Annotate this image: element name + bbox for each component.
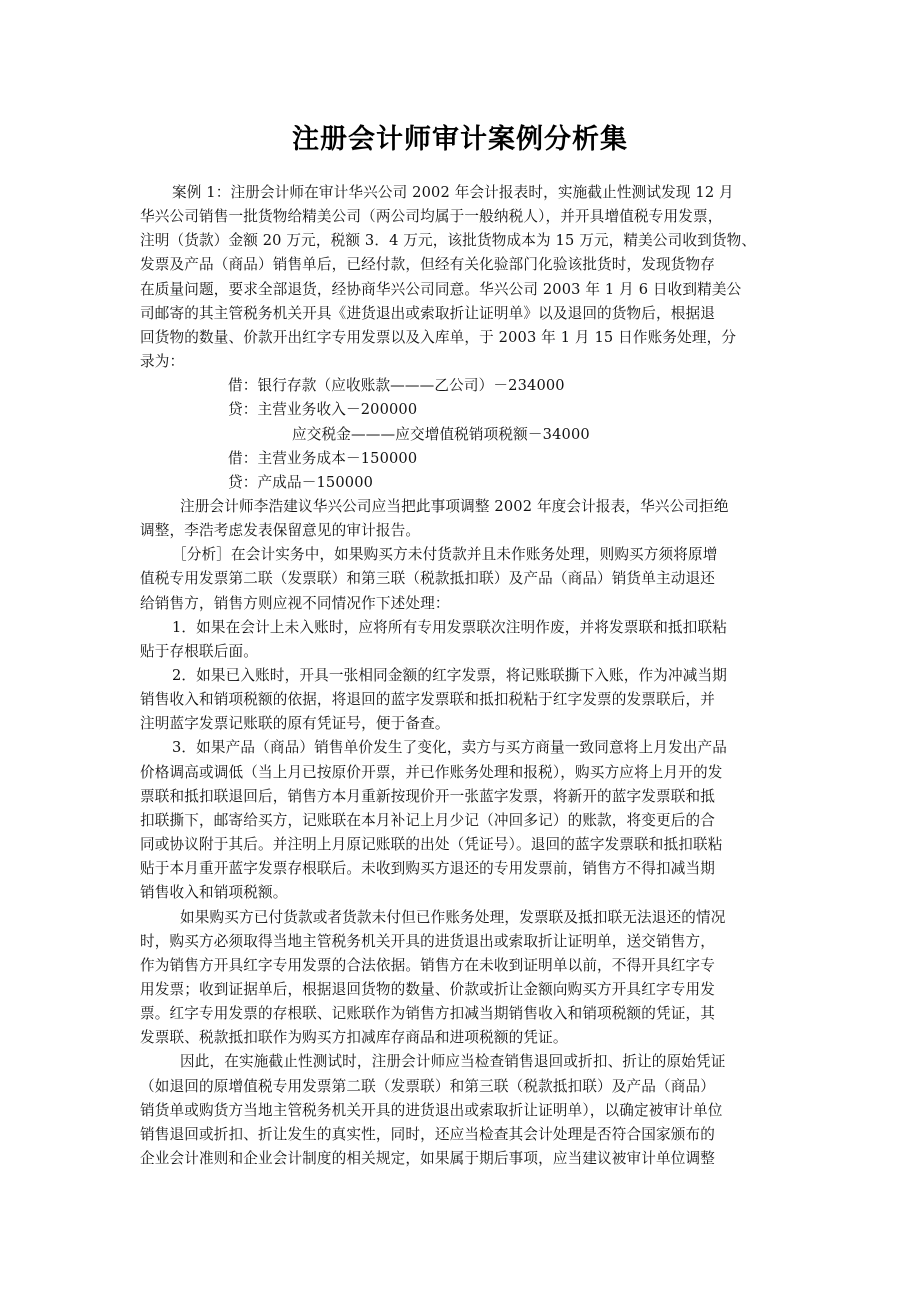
text-line: 贴于存根联后面。 [140, 640, 780, 664]
text-line: 销货单或购货方当地主管税务机关开具的进货退出或索取折让证明单），以确定被审计单位 [140, 1099, 780, 1123]
text-line: 销售退回或折扣、折让发生的真实性，同时，还应当检查其会计处理是否符合国家颁布的 [140, 1123, 780, 1147]
text-line: 票联和抵扣联退回后，销售方本月重新按现价开一张蓝字发票，将新开的蓝字发票联和抵 [140, 785, 780, 809]
text-line: 销售收入和销项税额的依据，将退回的蓝字发票联和抵扣税粘于红字发票的发票联后，并 [140, 688, 780, 712]
text-line: 3．如果产品（商品）销售单价发生了变化，卖方与买方商量一致同意将上月发出产品 [172, 736, 812, 760]
text-line: 借：主营业务成本－150000 [228, 447, 868, 471]
text-line: 贷：主营业务收入－200000 [228, 398, 868, 422]
text-line: 应交税金———应交增值税销项税额－34000 [292, 423, 920, 447]
text-line: 华兴公司销售一批货物给精美公司（两公司均属于一般纳税人），并开具增值税专用发票， [140, 205, 780, 229]
text-line: 因此，在实施截止性测试时，注册会计师应当检查销售退回或折扣、折让的原始凭证 [180, 1050, 820, 1074]
text-line: 如果购买方已付货款或者货款未付但已作账务处理，发票联及抵扣联无法退还的情况 [180, 906, 820, 930]
text-line: ［分析］在会计实务中，如果购买方未付货款并且未作账务处理，则购买方须将原增 [172, 543, 812, 567]
text-line: 1．如果在会计上未入账时，应将所有专用发票联次注明作废，并将发票联和抵扣联粘 [172, 616, 812, 640]
text-line: 企业会计准则和企业会计制度的相关规定，如果属于期后事项，应当建议被审计单位调整 [140, 1147, 780, 1171]
text-line: 扣联撕下，邮寄给买方，记账联在本月补记上月少记（冲回多记）的账款，将变更后的合 [140, 809, 780, 833]
text-line: 司邮寄的其主管税务机关开具《进货退出或索取折让证明单》以及退回的货物后，根据退 [140, 302, 780, 326]
text-line: 借：银行存款（应收账款———乙公司）－234000 [228, 374, 868, 398]
text-line: 在质量问题，要求全部退货，经协商华兴公司同意。华兴公司 2003 年 1 月 6… [140, 278, 780, 302]
text-line: 贴于本月重开蓝字发票存根联后。未收到购买方退还的专用发票前，销售方不得扣减当期 [140, 857, 780, 881]
text-line: 案例 1：注册会计师在审计华兴公司 2002 年会计报表时，实施截止性测试发现 … [172, 181, 812, 205]
text-line: 注明蓝字发票记账联的原有凭证号，便于备查。 [140, 712, 780, 736]
text-line: 发票及产品（商品）销售单后，已经付款，但经有关化验部门化验该批货时，发现货物存 [140, 253, 780, 277]
text-line: 作为销售方开具红字专用发票的合法依据。销售方在未收到证明单以前，不得开具红字专 [140, 954, 780, 978]
document-title: 注册会计师审计案例分析集 [0, 117, 920, 156]
text-line: 同或协议附于其后。并注明上月原记账联的出处（凭证号）。退回的蓝字发票联和抵扣联粘 [140, 833, 780, 857]
text-line: 票。红字专用发票的存根联、记账联作为销售方扣减当期销售收入和销项税额的凭证，其 [140, 1002, 780, 1026]
text-line: 注册会计师李浩建议华兴公司应当把此事项调整 2002 年度会计报表，华兴公司拒绝 [180, 495, 820, 519]
text-line: 给销售方，销售方则应视不同情况作下述处理： [140, 592, 780, 616]
text-line: 时，购买方必须取得当地主管税务机关开具的进货退出或索取折让证明单，送交销售方， [140, 930, 780, 954]
text-line: 调整，李浩考虑发表保留意见的审计报告。 [140, 519, 780, 543]
text-line: 2．如果已入账时，开具一张相同金额的红字发票，将记账联撕下入账，作为冲减当期 [172, 664, 812, 688]
text-line: 录为： [140, 350, 780, 374]
text-line: 用发票；收到证据单后，根据退回货物的数量、价款或折让金额向购买方开具红字专用发 [140, 978, 780, 1002]
text-line: 注明（货款）金额 20 万元，税额 3．4 万元，该批货物成本为 15 万元，精… [140, 229, 780, 253]
document-page: 注册会计师审计案例分析集 案例 1：注册会计师在审计华兴公司 2002 年会计报… [0, 0, 920, 1302]
text-line: 值税专用发票第二联（发票联）和第三联（税款抵扣联）及产品（商品）销货单主动退还 [140, 567, 780, 591]
text-line: 销售收入和销项税额。 [140, 881, 780, 905]
text-line: 价格调高或调低（当上月已按原价开票，并已作账务处理和报税），购买方应将上月开的发 [140, 761, 780, 785]
text-line: 发票联、税款抵扣联作为购买方扣减库存商品和进项税额的凭证。 [140, 1026, 780, 1050]
text-line: 贷：产成品－150000 [228, 471, 868, 495]
text-line: （如退回的原增值税专用发票第二联（发票联）和第三联（税款抵扣联）及产品（商品） [140, 1075, 780, 1099]
text-line: 回货物的数量、价款开出红字专用发票以及入库单，于 2003 年 1 月 15 日… [140, 326, 780, 350]
